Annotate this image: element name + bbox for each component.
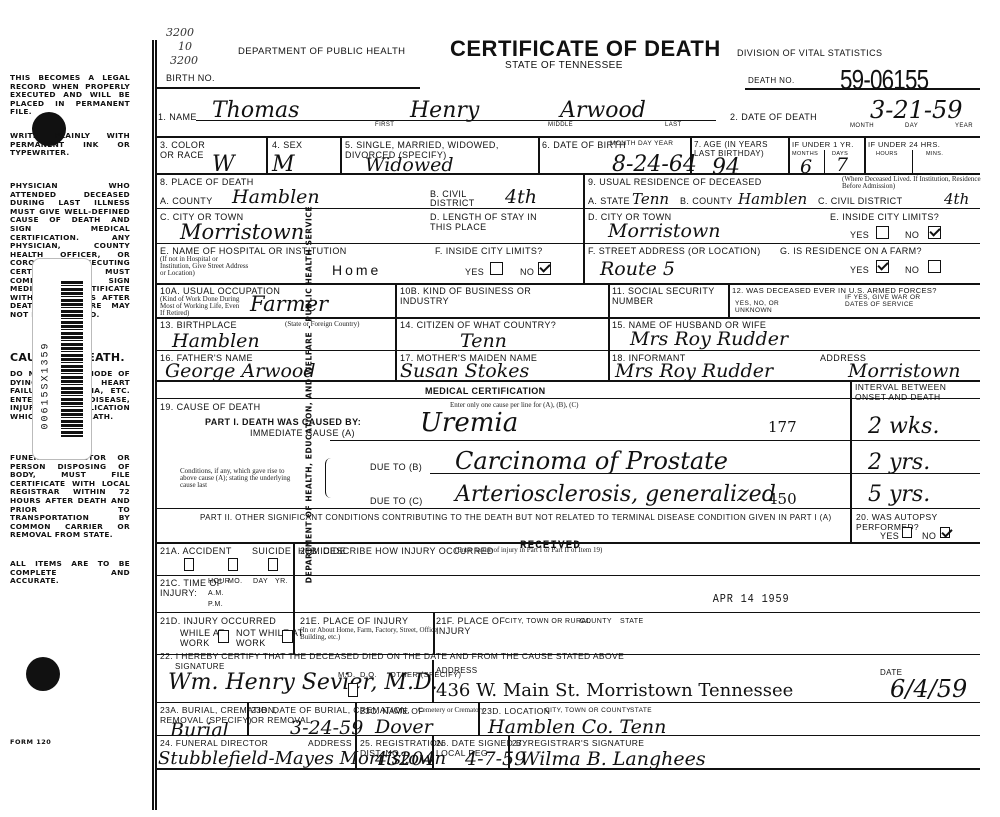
- registrar-signature: Wilma B. Langhees: [520, 748, 706, 770]
- medical-heading: MEDICAL CERTIFICATION: [425, 386, 546, 396]
- funeral-address-label: ADDRESS: [308, 738, 352, 748]
- address-label: ADDRESS: [436, 666, 477, 675]
- due-to-b-label: DUE TO (B): [370, 462, 422, 472]
- ssn-label: 11. SOCIAL SECURITY NUMBER: [612, 286, 722, 306]
- death-no-label: DEATH NO.: [748, 76, 795, 85]
- autopsy-no-checkbox[interactable]: [940, 527, 950, 538]
- res-state-label: A. STATE: [588, 196, 630, 206]
- injury-state-label: STATE: [620, 618, 644, 625]
- certificate-title: CERTIFICATE OF DEATH: [450, 36, 721, 62]
- res-inside-limits-yes-checkbox[interactable]: [876, 226, 889, 239]
- sidebar-notice-ink: Write plainly with permanent ink or type…: [10, 132, 130, 158]
- immediate-interval: 2 wks.: [868, 414, 939, 439]
- registrar-signature-label: 27. REGISTRAR'S SIGNATURE: [512, 738, 644, 748]
- barcode-number: 00615SX1359: [41, 280, 52, 430]
- cert-date: 6/4/59: [890, 675, 967, 703]
- inside-limits-label: F. INSIDE CITY LIMITS?: [435, 246, 543, 256]
- vertical-caption: Department of Health, Education, and Wel…: [305, 155, 314, 635]
- immediate-code: 177: [768, 418, 797, 436]
- barcode-label: 00615SX1359: [32, 258, 92, 460]
- date-of-death: 3-21-59: [870, 96, 963, 124]
- res-county-value: Hamblen: [738, 190, 807, 208]
- certify-statement: 22. I HEREBY CERTIFY THAT THE DECEASED D…: [160, 651, 624, 661]
- do-checkbox[interactable]: [348, 683, 358, 697]
- cemetery-note: Cemetery or Crematory: [418, 707, 484, 714]
- date-of-death-label: 2. DATE OF DEATH: [730, 112, 817, 122]
- sex-label: 4. SEX: [272, 140, 302, 150]
- civil-district-value: 4th: [505, 186, 537, 208]
- barcode-icon: [61, 281, 83, 437]
- res-inside-limits-no-checkbox[interactable]: [928, 226, 941, 239]
- immediate-label: IMMEDIATE CAUSE (A): [250, 428, 355, 438]
- not-while-at-work-label: NOT WHILE AT WORK: [236, 628, 306, 648]
- immediate-cause: Uremia: [420, 408, 518, 438]
- middle-label: MIDDLE: [548, 122, 573, 128]
- race-label: 3. COLOR OR RACE: [160, 140, 220, 160]
- residence-note: (Where Deceased Lived. If Institution, R…: [842, 176, 982, 190]
- street-label: F. STREET ADDRESS (OR LOCATION): [588, 246, 761, 256]
- due-to-c-code: 450: [768, 490, 797, 508]
- father-value: George Arwood: [165, 360, 316, 382]
- name-label: 1. NAME: [158, 112, 197, 122]
- res-state-value: Tenn: [632, 190, 669, 208]
- injury-occurred-label: 21D. INJURY OCCURRED: [160, 616, 276, 626]
- dob-sublabel: MONTH DAY YEAR: [610, 140, 673, 147]
- pencil-note: 3200: [166, 26, 194, 39]
- funeral-director-label: 24. FUNERAL DIRECTOR: [160, 738, 268, 748]
- accident-checkbox[interactable]: [184, 558, 194, 571]
- location-note: CITY, TOWN OR COUNTY: [545, 707, 631, 714]
- sidebar-notice-legal: This becomes a legal record when properl…: [10, 74, 130, 117]
- spouse-value: Mrs Roy Rudder: [630, 328, 788, 350]
- hour-label: HOUR: [208, 578, 230, 585]
- place-of-injury-label: 21E. PLACE OF INJURY: [300, 616, 408, 626]
- day-label: DAY: [905, 123, 918, 129]
- residence-label: 9. USUAL RESIDENCE OF DECEASED: [588, 177, 762, 187]
- place-f-label: 21F. PLACE OF INJURY: [436, 616, 506, 636]
- months-value: 6: [800, 156, 812, 178]
- county-value: Hamblen: [232, 186, 320, 208]
- armed-yn-label: YES, NO, OR UNKNOWN: [735, 300, 805, 314]
- due-to-c-interval: 5 yrs.: [868, 482, 930, 507]
- due-to-c-label: DUE TO (C): [370, 496, 423, 506]
- physician-address: 436 W. Main St. Morristown Tennessee: [436, 680, 793, 701]
- registration-dist: 43204: [375, 748, 435, 770]
- due-to-b-cause: Carcinoma of Prostate: [455, 447, 728, 475]
- day-label: DAY: [253, 578, 268, 585]
- city-town-rural-label: CITY, TOWN OR RURAL: [505, 618, 591, 625]
- interval-heading: INTERVAL BETWEEN ONSET AND DEATH: [855, 382, 980, 402]
- part1-label: PART I. DEATH WAS CAUSED BY:: [205, 417, 361, 427]
- city-value: Morristown: [180, 220, 304, 244]
- cause-of-death-label: 19. CAUSE OF DEATH: [160, 402, 261, 412]
- am-label: A.M.: [208, 590, 224, 597]
- sidebar-notice-funeral: Funeral director or person disposing of …: [10, 454, 130, 540]
- under-24hrs-label: IF UNDER 24 HRS.: [868, 140, 940, 149]
- informant-value: Mrs Roy Rudder: [615, 360, 773, 382]
- mo-label: MO.: [228, 578, 242, 585]
- date-signed: 4-7-59: [465, 748, 526, 770]
- informant-address-value: Morristown: [848, 360, 960, 382]
- age-label: 7. AGE (IN YEARS LAST BIRTHDAY): [694, 140, 789, 158]
- sidebar-notice-complete: All items are to be complete and accurat…: [10, 560, 130, 586]
- under-1yr-label: IF UNDER 1 YR.: [792, 140, 854, 149]
- farm-yes-checkbox[interactable]: [876, 260, 889, 273]
- due-to-c-cause: Arteriosclerosis, generalized: [455, 482, 776, 507]
- inside-limits-yes-checkbox[interactable]: [490, 262, 503, 275]
- inside-limits-no-checkbox[interactable]: [538, 262, 551, 275]
- date-received-stamp: APR 14 1959: [713, 592, 790, 606]
- mins-label: MINS.: [926, 151, 943, 157]
- form-number: FORM 120: [10, 738, 51, 746]
- occupation-value: Farmer: [250, 292, 328, 316]
- homicide-checkbox[interactable]: [268, 558, 278, 571]
- farm-no-checkbox[interactable]: [928, 260, 941, 273]
- division-name: DIVISION OF VITAL STATISTICS: [737, 48, 882, 58]
- pencil-note: 3200: [170, 54, 198, 67]
- received-stamp: RECEIVED: [520, 540, 581, 552]
- burial-location-label: 23D. LOCATION: [482, 706, 550, 716]
- year-label: YEAR: [955, 123, 973, 129]
- first-label: FIRST: [375, 122, 394, 128]
- cemetery-label: 23C. NAME OF: [360, 706, 424, 716]
- part2-label: PART II. OTHER SIGNIFICANT CONDITIONS CO…: [200, 512, 840, 524]
- res-inside-limits-label: E. INSIDE CITY LIMITS?: [830, 212, 939, 222]
- yr-label: YR.: [275, 578, 288, 585]
- civil-district-label: B. CIVIL DISTRICT: [430, 190, 500, 208]
- conditions-note: Conditions, if any, which gave rise to a…: [180, 468, 300, 489]
- death-number: 59-06155: [840, 64, 928, 96]
- birthplace-value: Hamblen: [172, 330, 260, 352]
- while-at-work-checkbox[interactable]: [218, 630, 229, 643]
- punch-hole: [26, 657, 60, 691]
- birth-no-label: BIRTH NO.: [166, 73, 215, 83]
- autopsy-yes-checkbox[interactable]: [902, 527, 912, 538]
- res-civil-district-value: 4th: [944, 190, 969, 208]
- suicide-checkbox[interactable]: [228, 558, 238, 571]
- location-state-label: STATE: [630, 707, 652, 714]
- autopsy-label: 20. WAS AUTOPSY PERFORMED?: [856, 512, 976, 532]
- hospital-value: Home: [332, 262, 381, 278]
- farm-label: G. IS RESIDENCE ON A FARM?: [780, 246, 922, 256]
- birthplace-label: 13. BIRTHPLACE: [160, 320, 237, 330]
- suicide-label: SUICIDE: [252, 546, 291, 556]
- armed-dates-label: IF YES, GIVE WAR OR DATES OF SERVICE: [845, 294, 925, 308]
- due-to-b-interval: 2 yrs.: [868, 450, 930, 475]
- street-value: Route 5: [600, 258, 675, 280]
- pencil-note: 10: [178, 40, 192, 53]
- injury-county-label: COUNTY: [580, 618, 612, 625]
- pm-label: P.M.: [208, 601, 223, 608]
- birthplace-note: (State or Foreign Country): [285, 321, 359, 328]
- month-label: MONTH: [850, 123, 874, 129]
- citizen-value: Tenn: [460, 330, 507, 352]
- business-label: 10B. KIND OF BUSINESS OR INDUSTRY: [400, 286, 550, 306]
- hospital-note: (If not in Hospital or Institution, Give…: [160, 256, 250, 277]
- occupation-note: (Kind of Work Done During Most of Workin…: [160, 296, 240, 317]
- length-of-stay-label: D. LENGTH OF STAY IN THIS PLACE: [430, 212, 550, 232]
- res-civil-district-label: C. CIVIL DISTRICT: [818, 196, 902, 206]
- department-name: DEPARTMENT OF PUBLIC HEALTH: [238, 46, 405, 57]
- hours-label: HOURS: [876, 151, 898, 157]
- md-label: M.D.: [338, 670, 355, 679]
- accident-label: 21A. ACCIDENT: [160, 546, 232, 556]
- state-name: STATE OF TENNESSEE: [505, 60, 623, 71]
- citizen-label: 14. CITIZEN OF WHAT COUNTRY?: [400, 320, 556, 330]
- res-city-value: Morristown: [608, 220, 720, 242]
- mother-value: Susan Stokes: [400, 360, 529, 382]
- not-while-at-work-checkbox[interactable]: [282, 630, 293, 643]
- county-label: A. COUNTY: [160, 196, 213, 206]
- last-label: LAST: [665, 122, 682, 128]
- place-of-injury-note: (In or About Home, Farm, Factory, Street…: [300, 627, 440, 641]
- res-county-label: B. COUNTY: [680, 196, 733, 206]
- do-label: D.O.: [360, 670, 377, 679]
